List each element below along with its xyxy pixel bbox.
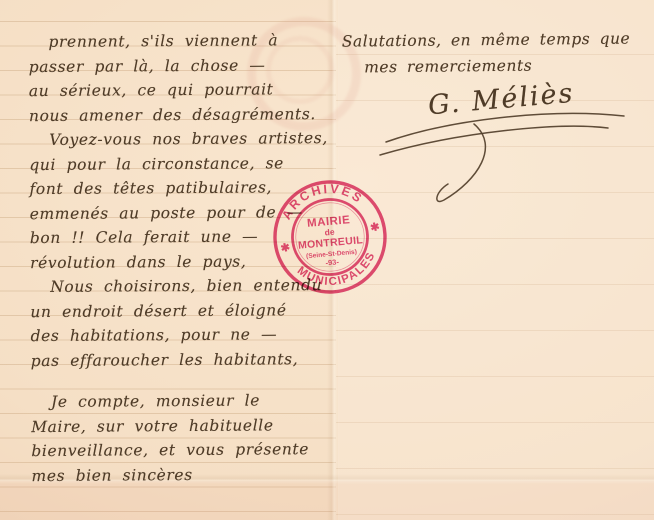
handwritten-line: mes remerciements	[338, 51, 650, 80]
handwritten-line: mes bien sincères	[31, 461, 337, 488]
signature: G. Méliès	[427, 78, 576, 122]
handwritten-line: pas effaroucher les habitants,	[31, 346, 337, 373]
paragraph: Salutations, en même temps quemes remerc…	[338, 25, 651, 80]
signature-flourish	[378, 100, 640, 212]
handwritten-line: prennent, s'ils viennent à	[28, 28, 334, 55]
handwritten-line: Voyez-vous nos braves artistes,	[29, 126, 335, 153]
stamp-star-right-icon: ✱	[369, 221, 381, 235]
handwritten-line: un endroit désert et éloigné	[30, 297, 336, 324]
handwritten-line: qui pour la circonstance, se	[29, 150, 335, 177]
stamp-star-left-icon: ✱	[280, 241, 292, 255]
handwritten-line: bienveillance, et vous présente	[31, 437, 337, 464]
stamp-number-text: -93-	[325, 257, 340, 267]
archive-stamp: ARCHIVES MUNICIPALES ✱ ✱ MAIRIE de MONTR…	[265, 172, 395, 302]
handwritten-line: Salutations, en même temps que	[338, 25, 650, 54]
handwritten-line: au sérieux, ce qui pourrait	[29, 77, 335, 104]
handwritten-line: des habitations, pour ne —	[30, 322, 336, 349]
handwritten-line: Je compte, monsieur le	[31, 388, 337, 415]
handwritten-line: nous amener des désagréments.	[29, 101, 335, 128]
handwritten-line: passer par là, la chose —	[29, 52, 335, 79]
right-page-text: Salutations, en même temps quemes remerc…	[338, 25, 651, 80]
handwritten-line: Maire, sur votre habituelle	[31, 412, 337, 439]
paragraph: prennent, s'ils viennent àpasser par là,…	[28, 28, 335, 128]
paragraph: Je compte, monsieur leMaire, sur votre h…	[31, 388, 338, 488]
letter-scan: prennent, s'ils viennent àpasser par là,…	[0, 0, 654, 520]
